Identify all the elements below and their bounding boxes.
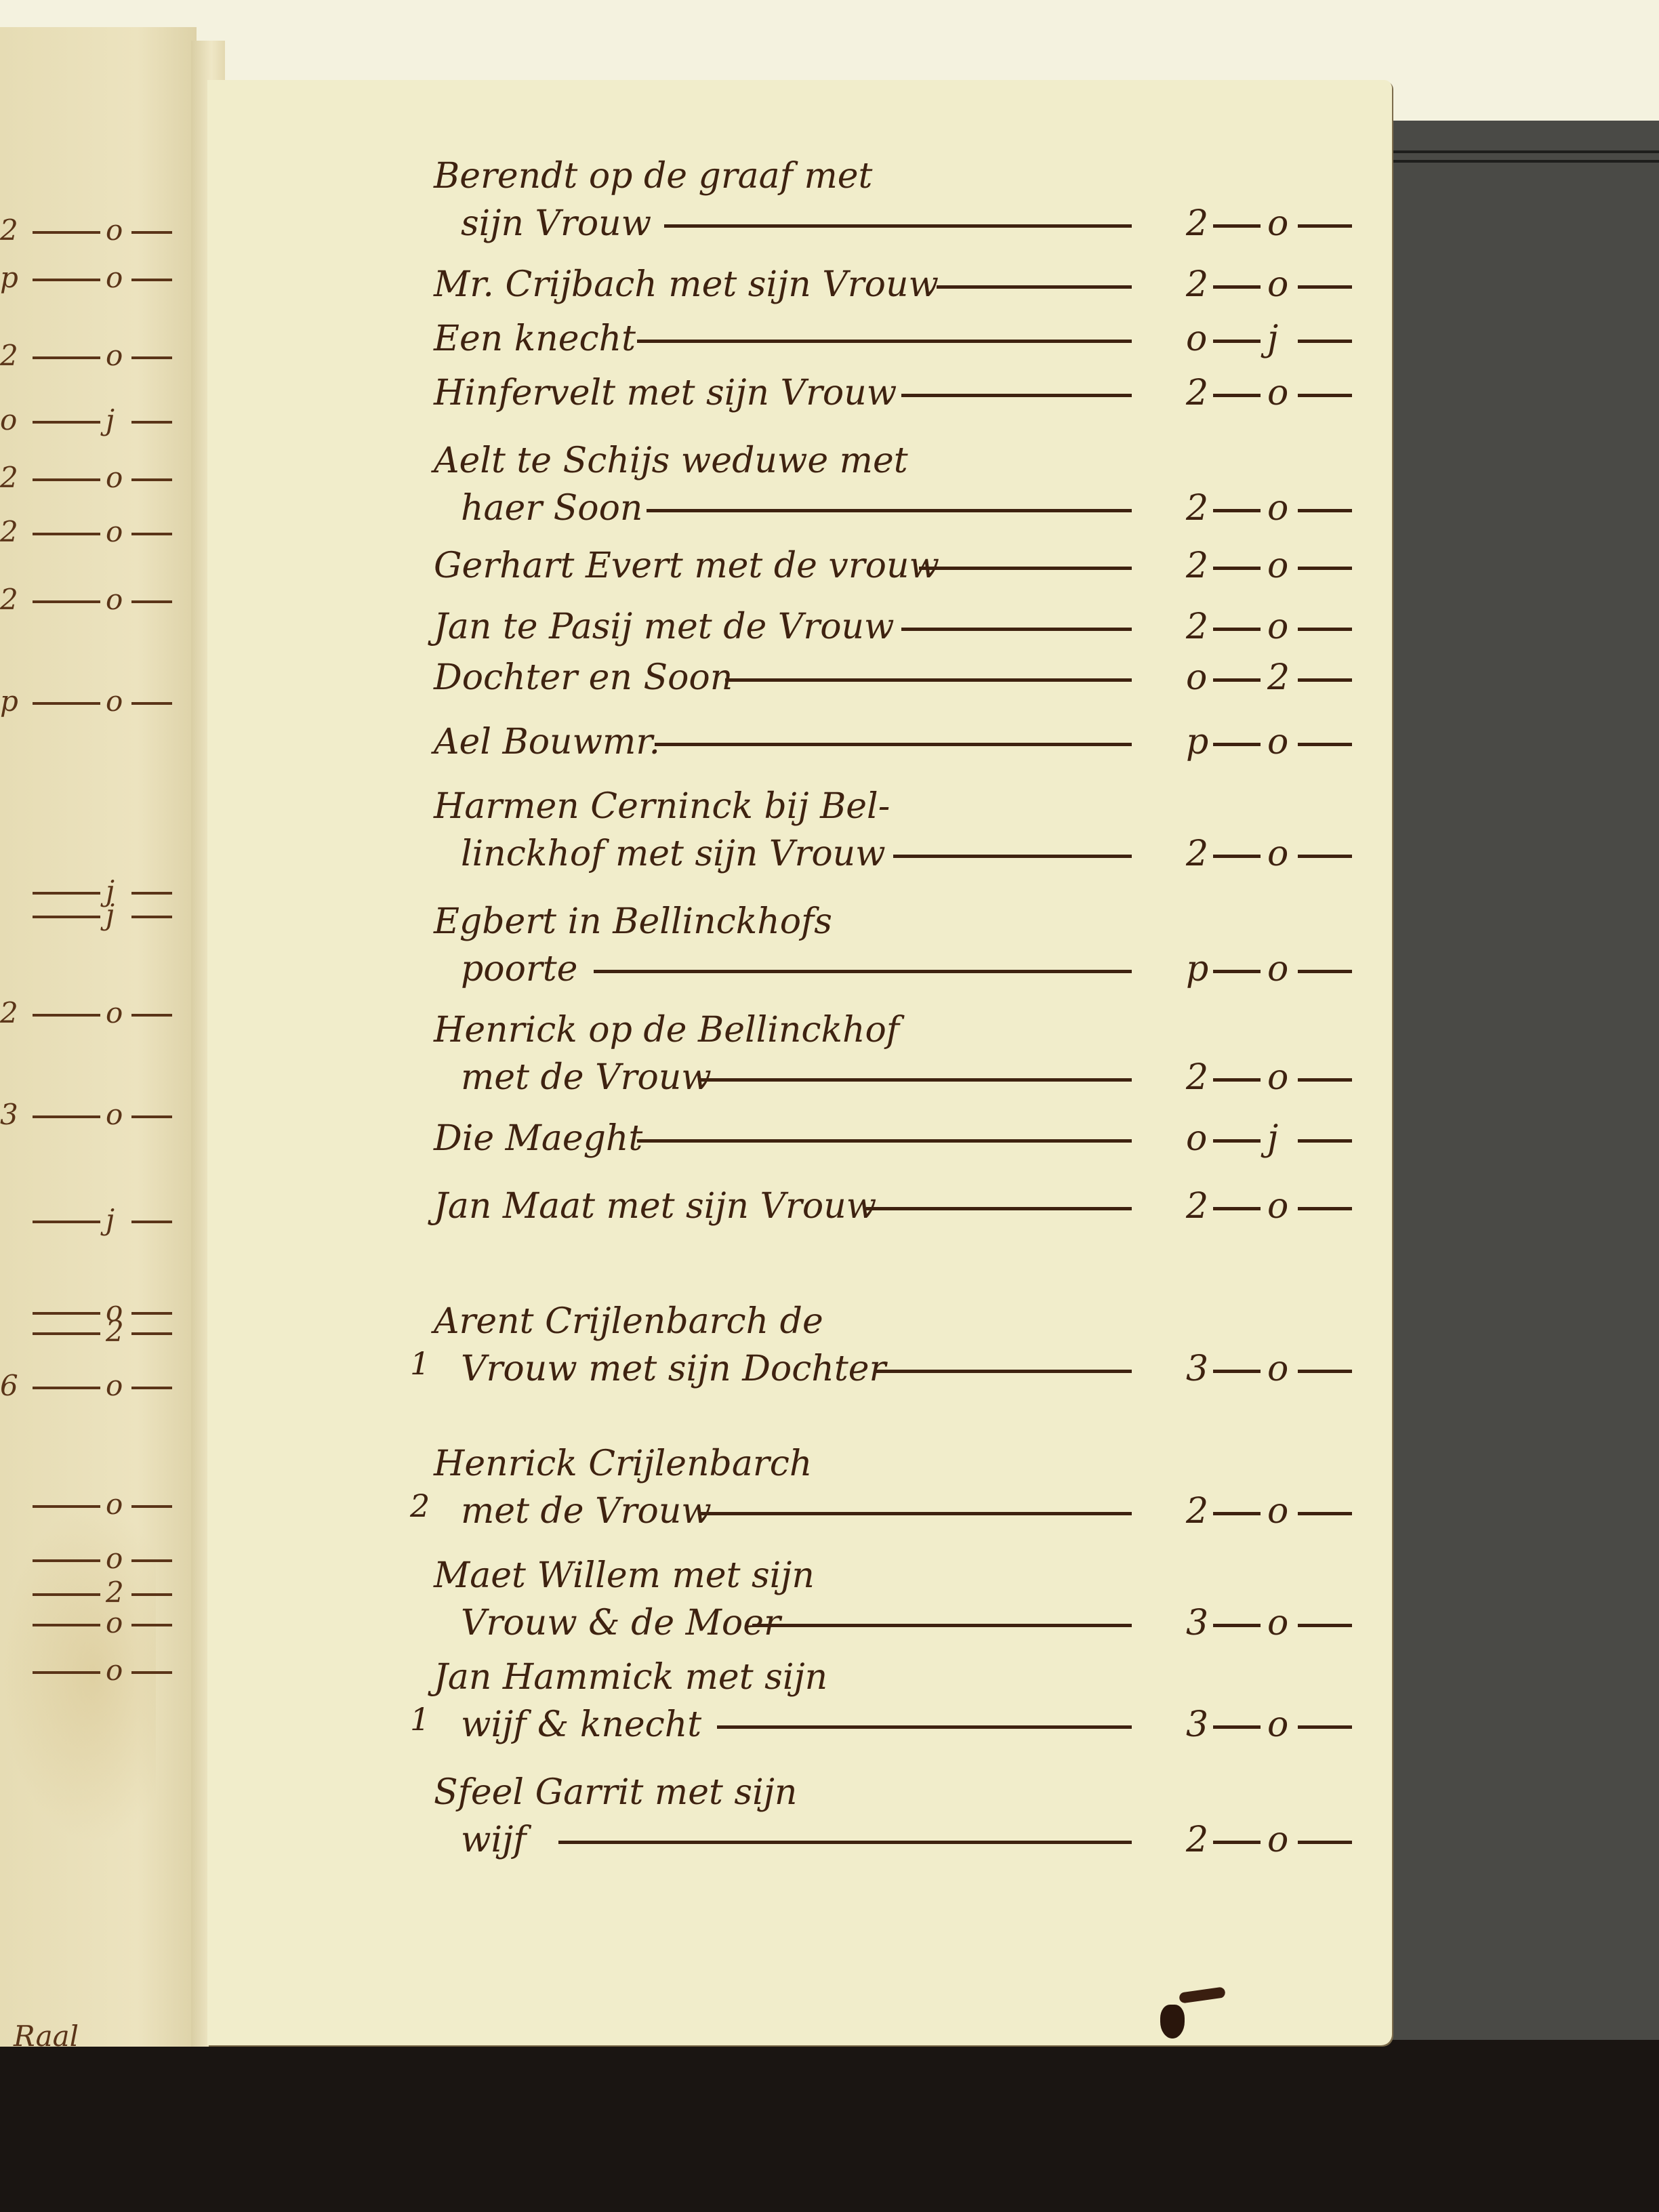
entry-count: 2 [1186, 200, 1208, 247]
entry-count: 2 [1186, 1054, 1208, 1101]
ledger-entry: Arent Crijlenbarch deVrouw met sijn Doch… [434, 1298, 1355, 1393]
entry-line: Aelt te Schijs weduwe met [434, 437, 1355, 485]
entry-extra: o [1267, 830, 1288, 878]
margin-number: 1 [410, 1701, 430, 1738]
tally-value-b: o [106, 1542, 126, 1575]
tally-value-b: o [106, 1654, 126, 1687]
tally-value-a: 6 [0, 1369, 27, 1402]
tally-value-a: o [0, 403, 27, 436]
tally-dash [919, 567, 1132, 570]
tally-dash [1298, 628, 1352, 631]
entry-count: 2 [1186, 1816, 1208, 1864]
tally-dash [131, 1624, 172, 1626]
tally-dash [33, 1332, 100, 1335]
tally-dash [1298, 509, 1352, 512]
tally-dash [1213, 394, 1261, 397]
tally-dash [1213, 509, 1261, 512]
entry-line: Henrick op de Bellinckhof [434, 1006, 1355, 1054]
ledger-entry: Harmen Cerninck bij Bel-linckhof met sij… [434, 783, 1355, 878]
entry-text: met de Vrouw [461, 1057, 712, 1098]
tally-dash [131, 421, 172, 424]
tally-value-b: o [106, 461, 126, 494]
entry-extra: o [1267, 485, 1288, 532]
entry-count: 2 [1186, 369, 1208, 417]
tally-dash [1213, 1078, 1261, 1082]
ledger-entry: Die Maeghtoj [434, 1115, 1355, 1162]
ledger-entry: Mr. Crijbach met sijn Vrouw2o [434, 261, 1355, 308]
tally-dash [664, 224, 1132, 228]
tally-dash [131, 600, 172, 603]
entry-line: Berendt op de graaf met [434, 152, 1355, 200]
entry-count: 2 [1186, 542, 1208, 590]
tally-dash [1298, 678, 1352, 682]
entry-extra: o [1267, 369, 1288, 417]
ledger-entry: Sfeel Garrit met sijnwijf2o [434, 1769, 1355, 1864]
tally-dash [33, 1115, 100, 1118]
tally-dash [1298, 855, 1352, 858]
entry-text: Berendt op de graaf met [434, 156, 872, 197]
entry-extra: o [1267, 1701, 1288, 1748]
tally-dash [33, 279, 100, 281]
entry-count: o [1186, 315, 1207, 363]
tally-dash [131, 356, 172, 359]
left-tally-row: j [0, 898, 183, 925]
tally-dash [1213, 970, 1261, 973]
ledger-entry: Ael Bouwmr.po [434, 718, 1355, 766]
entry-text: Aelt te Schijs weduwe met [434, 441, 908, 481]
entry-count: 3 [1186, 1599, 1208, 1647]
ledger-entry: Jan te Pasij met de Vrouw2o [434, 603, 1355, 651]
tally-dash [699, 1078, 1132, 1082]
entry-line: Een knechtoj [434, 315, 1355, 363]
tally-value-b: o [106, 339, 126, 372]
tally-dash [33, 1624, 100, 1626]
tally-dash [1298, 1139, 1352, 1143]
tally-dash [1298, 1841, 1352, 1844]
entry-text: Hinfervelt met sijn Vrouw [434, 373, 897, 413]
tally-dash [901, 394, 1132, 397]
entry-extra: j [1267, 315, 1278, 363]
tally-dash [131, 1505, 172, 1508]
entry-line: Mr. Crijbach met sijn Vrouw2o [434, 261, 1355, 308]
tally-dash [33, 892, 100, 895]
tally-value-a: 2 [0, 583, 27, 616]
tally-dash [1213, 1370, 1261, 1373]
entry-line: met de Vrouw2o [434, 1488, 1355, 1535]
entry-text: Die Maeght [434, 1118, 642, 1159]
left-tally-row: 2o [0, 339, 183, 366]
tally-value-b: j [106, 403, 126, 436]
entry-line: sijn Vrouw2o [434, 200, 1355, 247]
tally-dash [1298, 970, 1352, 973]
entry-line: haer Soon2o [434, 485, 1355, 532]
entry-line: Sfeel Garrit met sijn [434, 1769, 1355, 1816]
tally-value-b: o [106, 1488, 126, 1521]
tally-dash [131, 1115, 172, 1118]
entry-text: Maet Willem met sijn [434, 1555, 815, 1596]
entry-extra: o [1267, 1054, 1288, 1101]
tally-dash [33, 478, 100, 481]
tally-dash [1298, 1078, 1352, 1082]
entry-extra: o [1267, 945, 1288, 993]
entry-count: 2 [1186, 603, 1208, 651]
tally-value-a: 2 [0, 996, 27, 1029]
tally-dash [637, 1139, 1132, 1143]
entry-extra: o [1267, 1816, 1288, 1864]
entry-line: met de Vrouw2o [434, 1054, 1355, 1101]
tally-dash [1213, 1725, 1261, 1729]
ink-blot [1160, 2005, 1185, 2039]
tally-dash [131, 916, 172, 918]
tally-dash [717, 1725, 1132, 1729]
entry-count: 2 [1186, 1488, 1208, 1535]
margin-number: 2 [410, 1488, 430, 1524]
tally-dash [33, 1505, 100, 1508]
entry-text: Harmen Cerninck bij Bel- [434, 786, 890, 827]
tally-dash [1213, 340, 1261, 343]
tally-dash [637, 340, 1132, 343]
tally-dash [1298, 1624, 1352, 1627]
tally-dash [1298, 340, 1352, 343]
tally-dash [33, 1014, 100, 1017]
left-tally-row: o [0, 1488, 183, 1515]
entry-line: Dochter en Soono2 [434, 654, 1355, 701]
tally-dash [33, 1671, 100, 1674]
tally-dash [1213, 628, 1261, 631]
entry-text: linckhof met sijn Vrouw [461, 834, 886, 874]
left-tally-row: 2 [0, 1576, 183, 1603]
tally-dash [131, 533, 172, 535]
tally-value-b: o [106, 1606, 126, 1639]
left-tally-row: 2o [0, 996, 183, 1023]
ledger-entry: Gerhart Evert met de vrouw2o [434, 542, 1355, 590]
left-tally-row: 6o [0, 1369, 183, 1396]
entry-count: 2 [1186, 1183, 1208, 1230]
tally-dash [1298, 1207, 1352, 1210]
tally-dash [1298, 394, 1352, 397]
entry-extra: o [1267, 1183, 1288, 1230]
entry-text: Een knecht [434, 319, 636, 359]
tally-dash [1298, 1725, 1352, 1729]
tally-dash [131, 1014, 172, 1017]
tally-value-a: 2 [0, 213, 27, 247]
tally-value-b: j [106, 1203, 126, 1236]
tally-dash [752, 1624, 1132, 1627]
left-tally-row: o [0, 1542, 183, 1569]
tally-dash [33, 600, 100, 603]
left-tally-row: 2o [0, 583, 183, 610]
tally-dash [699, 1512, 1132, 1515]
entry-text: sijn Vrouw [461, 203, 651, 244]
entry-text: Jan Hammick met sijn [434, 1657, 827, 1698]
entry-line: wijf & knecht3o [434, 1701, 1355, 1748]
ledger-entry: Maet Willem met sijnVrouw & de Moer3o [434, 1552, 1355, 1647]
entry-line: Ael Bouwmr.po [434, 718, 1355, 766]
tally-dash [866, 1207, 1132, 1210]
tally-dash [131, 1559, 172, 1562]
tally-value-b: 2 [106, 1315, 126, 1348]
entry-count: o [1186, 1115, 1207, 1162]
binding-cover-right [1382, 121, 1659, 2212]
tally-dash [1213, 1207, 1261, 1210]
tally-dash [1298, 285, 1352, 289]
left-tally-row: po [0, 684, 183, 712]
entry-extra: o [1267, 1488, 1288, 1535]
tally-dash [131, 892, 172, 895]
entry-text: Jan te Pasij met de Vrouw [434, 607, 895, 647]
left-tally-row: o [0, 1654, 183, 1681]
tally-dash [1213, 1139, 1261, 1143]
entry-count: 2 [1186, 261, 1208, 308]
ledger-entry: Jan Maat met sijn Vrouw2o [434, 1183, 1355, 1230]
entry-text: Egbert in Bellinckhofs [434, 901, 832, 942]
tally-dash [33, 1221, 100, 1223]
tally-dash [33, 916, 100, 918]
entry-count: p [1186, 718, 1208, 766]
tally-value-b: o [106, 515, 126, 548]
tally-value-a: 3 [0, 1098, 27, 1131]
entry-count: 3 [1186, 1701, 1208, 1748]
tally-value-a: p [0, 261, 27, 294]
ledger-entry: Henrick Crijlenbarchmet de Vrouw2o [434, 1440, 1355, 1535]
entry-text: met de Vrouw [461, 1491, 712, 1532]
tally-value-a: p [0, 684, 27, 718]
entry-line: Jan Hammick met sijn [434, 1654, 1355, 1701]
tally-dash [1213, 1512, 1261, 1515]
tally-dash [893, 855, 1132, 858]
entry-line: Vrouw & de Moer3o [434, 1599, 1355, 1647]
entry-extra: o [1267, 1345, 1288, 1393]
cover-rule [1382, 160, 1659, 163]
tally-dash [655, 743, 1132, 746]
tally-dash [1213, 743, 1261, 746]
tally-dash [1213, 1841, 1261, 1844]
entry-text: wijf [461, 1820, 527, 1860]
entry-line: Henrick Crijlenbarch [434, 1440, 1355, 1488]
ledger-entry: Henrick op de Bellinckhofmet de Vrouw2o [434, 1006, 1355, 1101]
left-tally-row: po [0, 261, 183, 288]
entry-extra: 2 [1267, 654, 1290, 701]
cover-rule [1382, 150, 1659, 153]
tally-dash [1298, 1512, 1352, 1515]
entry-count: p [1186, 945, 1208, 993]
entry-text: Ael Bouwmr. [434, 722, 660, 762]
entry-line: linckhof met sijn Vrouw2o [434, 830, 1355, 878]
left-page: 2opo2ooj2o2o2opojj2o3ojo26ooo2oo Raal [0, 27, 197, 2047]
tally-dash [1298, 567, 1352, 570]
entry-line: wijf2o [434, 1816, 1355, 1864]
tally-dash [1298, 743, 1352, 746]
tally-dash [33, 533, 100, 535]
tally-dash [725, 678, 1132, 682]
margin-number: 1 [410, 1345, 430, 1382]
entry-text: Sfeel Garrit met sijn [434, 1772, 797, 1813]
entry-text: haer Soon [461, 488, 642, 529]
entry-line: Jan Maat met sijn Vrouw2o [434, 1183, 1355, 1230]
left-tally-row: j [0, 1203, 183, 1230]
entry-text: Vrouw & de Moer [461, 1603, 781, 1643]
entry-line: Vrouw met sijn Dochter3o [434, 1345, 1355, 1393]
entry-text: Vrouw met sijn Dochter [461, 1349, 886, 1389]
entry-text: poorte [461, 949, 577, 989]
tally-value-b: o [106, 1369, 126, 1402]
entry-count: 2 [1186, 830, 1208, 878]
tally-value-b: o [106, 996, 126, 1029]
tally-value-b: 2 [106, 1576, 126, 1609]
tally-value-b: o [106, 684, 126, 718]
entry-line: Harmen Cerninck bij Bel- [434, 783, 1355, 830]
left-tally-row: oj [0, 403, 183, 430]
tally-dash [1213, 567, 1261, 570]
entry-line: Hinfervelt met sijn Vrouw2o [434, 369, 1355, 417]
ledger-entry: Aelt te Schijs weduwe methaer Soon2o [434, 437, 1355, 532]
tally-dash [33, 356, 100, 359]
entry-text: Gerhart Evert met de vrouw [434, 546, 939, 586]
tally-dash [876, 1370, 1132, 1373]
ledger-entry: Dochter en Soono2 [434, 654, 1355, 701]
tally-value-b: o [106, 261, 126, 294]
tally-dash [131, 1671, 172, 1674]
entry-line: Die Maeghtoj [434, 1115, 1355, 1162]
left-page-footer-text: Raal [14, 2020, 197, 2047]
tally-dash [1298, 1370, 1352, 1373]
tally-dash [131, 279, 172, 281]
entry-text: wijf & knecht [461, 1704, 701, 1745]
tally-value-b: j [106, 898, 126, 931]
entry-line: Arent Crijlenbarch de [434, 1298, 1355, 1345]
tally-dash [1298, 224, 1352, 228]
tally-dash [1213, 678, 1261, 682]
tally-dash [131, 478, 172, 481]
entry-text: Mr. Crijbach met sijn Vrouw [434, 264, 939, 305]
tally-dash [1213, 285, 1261, 289]
entry-extra: o [1267, 1599, 1288, 1647]
ledger-entry: Berendt op de graaf metsijn Vrouw2o [434, 152, 1355, 247]
entry-count: 3 [1186, 1345, 1208, 1393]
left-tally-row: o [0, 1606, 183, 1633]
entry-line: poortepo [434, 945, 1355, 993]
entry-text: Dochter en Soon [434, 657, 733, 698]
tally-value-a: 2 [0, 515, 27, 548]
tally-dash [131, 1593, 172, 1596]
left-tally-row: 2o [0, 213, 183, 241]
entry-extra: o [1267, 718, 1288, 766]
entry-count: o [1186, 654, 1207, 701]
tally-value-b: o [106, 213, 126, 247]
tally-dash [33, 1593, 100, 1596]
tally-dash [33, 1559, 100, 1562]
entry-extra: o [1267, 200, 1288, 247]
entry-extra: j [1267, 1115, 1278, 1162]
tally-dash [1213, 855, 1261, 858]
entry-extra: o [1267, 603, 1288, 651]
tally-dash [33, 231, 100, 234]
tally-value-b: o [106, 1098, 126, 1131]
left-tally-row: 2o [0, 461, 183, 488]
entry-text: Henrick op de Bellinckhof [434, 1010, 899, 1050]
tally-dash [131, 231, 172, 234]
tally-dash [131, 702, 172, 705]
left-tally-row: 2o [0, 515, 183, 542]
tally-dash [131, 1332, 172, 1335]
entry-text: Henrick Crijlenbarch [434, 1443, 812, 1484]
ledger-entry: Jan Hammick met sijnwijf & knecht3o [434, 1654, 1355, 1748]
tally-dash [33, 1387, 100, 1389]
entry-line: Gerhart Evert met de vrouw2o [434, 542, 1355, 590]
tally-dash [901, 628, 1132, 631]
left-tally-row: 3o [0, 1098, 183, 1125]
tally-value-a: 2 [0, 461, 27, 494]
entry-extra: o [1267, 542, 1288, 590]
tally-dash [33, 702, 100, 705]
binding-cover-bottom [0, 2040, 1659, 2212]
tally-dash [937, 285, 1132, 289]
left-tally-row: 2 [0, 1315, 183, 1342]
entry-line: Egbert in Bellinckhofs [434, 898, 1355, 945]
tally-dash [594, 970, 1132, 973]
tally-dash [33, 421, 100, 424]
entry-line: Jan te Pasij met de Vrouw2o [434, 603, 1355, 651]
tally-dash [131, 1221, 172, 1223]
ledger-entry: Egbert in Bellinckhofspoortepo [434, 898, 1355, 993]
entry-count: 2 [1186, 485, 1208, 532]
tally-value-b: o [106, 583, 126, 616]
tally-value-a: 2 [0, 339, 27, 372]
entry-text: Jan Maat met sijn Vrouw [434, 1186, 876, 1227]
ledger-entry: Hinfervelt met sijn Vrouw2o [434, 369, 1355, 417]
tally-dash [647, 509, 1132, 512]
tally-dash [131, 1387, 172, 1389]
tally-dash [1213, 1624, 1261, 1627]
tally-dash [1213, 224, 1261, 228]
left-tally-row: j [0, 874, 183, 901]
tally-dash [558, 1841, 1132, 1844]
entry-text: Arent Crijlenbarch de [434, 1301, 823, 1342]
entry-line: Maet Willem met sijn [434, 1552, 1355, 1599]
entry-extra: o [1267, 261, 1288, 308]
ledger-entry: Een knechtoj [434, 315, 1355, 363]
